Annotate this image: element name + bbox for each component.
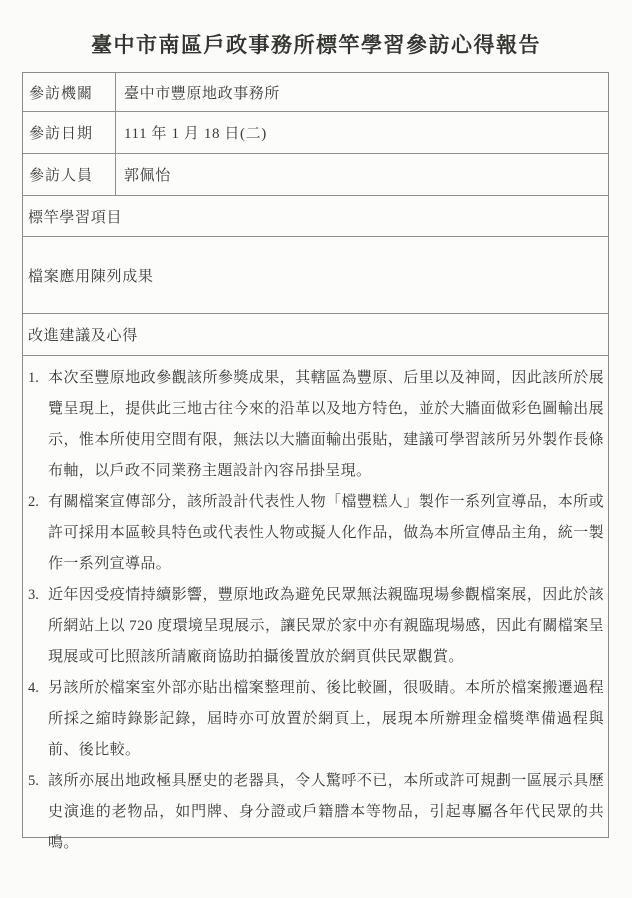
scanned-report-page: 臺中市南區戶政事務所標竿學習參訪心得報告 參訪機關 臺中市豐原地政事務所 參訪日… — [0, 0, 632, 898]
feedback-item-2-text: 有關檔案宣傳部分，該所設計代表性人物「檔豐糕人」製作一系列宣導品，本所或許可採用… — [48, 494, 604, 572]
table-row-feedback-content: 1.本次至豐原地政參觀該所參獎成果，其轄區為豐原、后里以及神岡，因此該所於展覽呈… — [23, 356, 608, 859]
feedback-item-2-number: 2. — [28, 487, 39, 518]
visit-org-label: 參訪機關 — [23, 73, 116, 111]
table-row-visit-date: 參訪日期 111 年 1 月 18 日(二) — [23, 112, 608, 154]
feedback-item-1-text: 本次至豐原地政參觀該所參獎成果，其轄區為豐原、后里以及神岡，因此該所於展覽呈現上… — [48, 370, 604, 479]
feedback-item-1: 1.本次至豐原地政參觀該所參獎成果，其轄區為豐原、后里以及神岡，因此該所於展覽呈… — [27, 363, 604, 487]
page-title: 臺中市南區戶政事務所標竿學習參訪心得報告 — [0, 30, 632, 60]
visit-staff-label: 參訪人員 — [23, 154, 116, 195]
feedback-item-5: 5.該所亦展出地政極具歷史的老器具，令人驚呼不已，本所或許可規劃一區展示具歷史演… — [27, 766, 604, 859]
table-row-feedback-heading: 改進建議及心得 — [23, 314, 608, 356]
feedback-list: 1.本次至豐原地政參觀該所參獎成果，其轄區為豐原、后里以及神岡，因此該所於展覽呈… — [23, 356, 608, 859]
visit-date-label: 參訪日期 — [23, 112, 116, 153]
feedback-heading: 改進建議及心得 — [23, 314, 608, 355]
report-table: 參訪機關 臺中市豐原地政事務所 參訪日期 111 年 1 月 18 日(二) 參… — [22, 72, 609, 838]
feedback-item-3: 3.近年因受疫情持續影響，豐原地政為避免民眾無法親臨現場參觀檔案展，因此於該所網… — [27, 580, 604, 673]
learning-items-heading: 標竿學習項目 — [23, 196, 608, 236]
feedback-item-1-number: 1. — [28, 363, 39, 394]
learning-items-value: 檔案應用陳列成果 — [23, 237, 608, 313]
feedback-item-5-text: 該所亦展出地政極具歷史的老器具，令人驚呼不已，本所或許可規劃一區展示具歷史演進的… — [48, 773, 604, 851]
visit-staff-value: 郭佩怡 — [116, 154, 608, 195]
feedback-item-4-text: 另該所於檔案室外部亦貼出檔案整理前、後比較圖，很吸睛。本所於檔案搬遷過程所採之縮… — [48, 680, 604, 758]
table-row-learning-heading: 標竿學習項目 — [23, 196, 608, 237]
table-row-visit-org: 參訪機關 臺中市豐原地政事務所 — [23, 73, 608, 112]
feedback-item-3-text: 近年因受疫情持續影響，豐原地政為避免民眾無法親臨現場參觀檔案展，因此於該所網站上… — [48, 587, 604, 665]
feedback-item-3-number: 3. — [28, 580, 39, 611]
feedback-item-5-number: 5. — [28, 766, 39, 797]
table-row-learning-content: 檔案應用陳列成果 — [23, 237, 608, 314]
feedback-item-2: 2.有關檔案宣傳部分，該所設計代表性人物「檔豐糕人」製作一系列宣導品，本所或許可… — [27, 487, 604, 580]
visit-org-value: 臺中市豐原地政事務所 — [116, 73, 608, 111]
feedback-item-4-number: 4. — [28, 673, 39, 704]
table-row-visit-staff: 參訪人員 郭佩怡 — [23, 154, 608, 196]
visit-date-value: 111 年 1 月 18 日(二) — [116, 112, 608, 153]
feedback-item-4: 4.另該所於檔案室外部亦貼出檔案整理前、後比較圖，很吸睛。本所於檔案搬遷過程所採… — [27, 673, 604, 766]
